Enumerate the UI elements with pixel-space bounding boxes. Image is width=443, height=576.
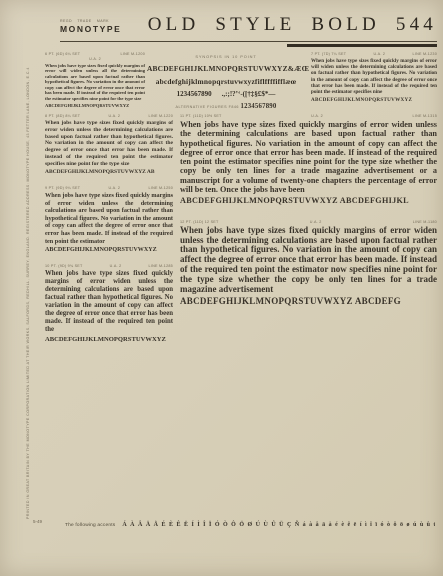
specimen-paragraph: When jobs have type sizes fixed quickly … <box>180 120 437 194</box>
specimen-header: 8 PT. (8D) 8¼ SET U.A. 2 LINE M-1220 <box>45 114 173 118</box>
specimen-header: 11 PT. (11D) 10½ SET U.A. 2 LINE M-1315 <box>180 114 437 118</box>
size-set-label: 11 PT. (11D) 10½ SET <box>180 114 222 118</box>
specimen-page: PRINTED IN GREAT BRITAIN BY THE MONOTYPE… <box>0 0 443 576</box>
specimen-alphabet: ABCDEFGHIJKLMNOPQRSTUVWXYZ <box>45 247 173 253</box>
header-rule-left <box>60 41 437 42</box>
unit-arrangement-label: U.A. 2 <box>110 264 122 268</box>
specimen-alphabet: ABCDEFGHIJKLMNOPQRSTUVWXYZ AB <box>45 169 173 175</box>
specimen-paragraph: When jobs have type sizes fixed quickly … <box>45 270 173 335</box>
size-set-label: 6 PT. (6D) 6¼ SET <box>45 52 80 56</box>
size-set-label: 7 PT. (7D) 7¼ SET <box>311 52 346 56</box>
left-column: 8 PT. (8D) 8¼ SET U.A. 2 LINE M-1220 Whe… <box>45 114 173 343</box>
unit-arrangement-label: U.A. 2 <box>373 52 385 56</box>
specimen-paragraph: When jobs have type sizes fixed quickly … <box>180 226 437 295</box>
specimen-content: 6 PT. (6D) 6¼ SET U.A. 2 LINE M-1200 Whe… <box>45 52 437 343</box>
trademark-note: REGD TRADE MARK <box>60 19 121 23</box>
size-set-label: 12 PT. (11D) 12 SET <box>180 220 219 224</box>
specimen-header: 6 PT. (6D) 6¼ SET U.A. 2 LINE M-1200 <box>45 52 145 61</box>
specimen-block-10pt: 10 PT. (9D) 9¾ SET U.A. 2 LINE M-1285 Wh… <box>45 264 173 343</box>
top-row: 6 PT. (6D) 6¼ SET U.A. 2 LINE M-1200 Whe… <box>45 52 437 110</box>
synopsis-punctuation: .,:;!?’‘-([†‡§£$*— <box>222 90 276 98</box>
monotype-wordmark: MONOTYPE <box>60 24 121 34</box>
right-column: 11 PT. (11D) 10½ SET U.A. 2 LINE M-1315 … <box>180 114 437 343</box>
unit-arrangement-label: U.A. 2 <box>108 114 120 118</box>
specimen-block-12pt: 12 PT. (11D) 12 SET U.A. 2 LINE M-1180 W… <box>180 220 437 306</box>
specimen-alphabet: ABCDEFGHIJKLMNOPQRSTUVWXYZ <box>311 97 437 103</box>
unit-arrangement-label: U.A. 2 <box>108 186 120 190</box>
alternative-figures-row: ALTERNATIVE FIGURES F846 1234567890 <box>147 103 305 110</box>
specimen-block-8pt: 8 PT. (8D) 8¼ SET U.A. 2 LINE M-1220 Whe… <box>45 114 173 175</box>
size-set-label: 9 PT. (9D) 9¼ SET <box>45 186 80 190</box>
matrix-line-label: LINE M-1250 <box>149 186 173 190</box>
specimen-header: 9 PT. (9D) 9¼ SET U.A. 2 LINE M-1250 <box>45 186 173 190</box>
footer-accent-glyphs: Á À Â Ä Å É È Ê Ë Í Ì Î Ï Ó Ò Ô Ö Ø Ú Ù … <box>119 522 435 528</box>
specimen-alphabet: ABCDEFGHIJKLMNOPQRSTUVWXYZ ABCDEFGHIJKL <box>180 196 437 205</box>
synopsis-block: SYNOPSIS IN 10 POINT ABCDEFGHIJKLMNOPQRS… <box>147 52 305 110</box>
synopsis-heading: SYNOPSIS IN 10 POINT <box>147 54 305 59</box>
masthead: REGD TRADE MARK MONOTYPE OLD STYLE BOLD … <box>60 15 437 34</box>
page-title: OLD STYLE BOLD 544 <box>148 15 437 34</box>
specimen-header: 10 PT. (9D) 9¾ SET U.A. 2 LINE M-1285 <box>45 264 173 268</box>
matrix-line-label: LINE M-1220 <box>149 114 173 118</box>
page-code: 5-49 <box>33 519 42 524</box>
size-set-label: 8 PT. (8D) 8¼ SET <box>45 114 80 118</box>
synopsis-figures-row: 1234567890.,:;!?’‘-([†‡§£$*— <box>147 90 305 98</box>
synopsis-figures: 1234567890 <box>177 90 212 98</box>
specimen-block-6pt: 6 PT. (6D) 6¼ SET U.A. 2 LINE M-1200 Whe… <box>45 52 145 108</box>
footer-prefix: The following accents <box>65 523 115 528</box>
header-rule-right <box>287 44 437 47</box>
specimen-paragraph: When jobs have type sizes fixed quickly … <box>311 58 437 95</box>
specimen-header: 7 PT. (7D) 7¼ SET U.A. 2 LINE M-1230 <box>311 52 437 56</box>
matrix-line-label: LINE M-1200 <box>121 52 145 56</box>
specimen-paragraph: When jobs have type sizes fixed quickly … <box>45 120 173 168</box>
printer-imprint-vertical: PRINTED IN GREAT BRITAIN BY THE MONOTYPE… <box>26 67 30 519</box>
specimen-paragraph: When jobs have type sizes fixed quickly … <box>45 63 145 102</box>
alternative-figures: 1234567890 <box>241 103 277 110</box>
specimen-block-11pt: 11 PT. (11D) 10½ SET U.A. 2 LINE M-1315 … <box>180 114 437 205</box>
accents-footer: The following accents Á À Â Ä Å É È Ê Ë … <box>65 513 435 531</box>
specimen-block-7pt: 7 PT. (7D) 7¼ SET U.A. 2 LINE M-1230 Whe… <box>311 52 437 103</box>
specimen-paragraph: When jobs have type sizes fixed quickly … <box>45 192 173 245</box>
matrix-line-label: LINE M-1180 <box>413 220 437 224</box>
unit-arrangement-label: U.A. 2 <box>310 220 322 224</box>
size-set-label: 10 PT. (9D) 9¾ SET <box>45 264 83 268</box>
specimen-header: 12 PT. (11D) 12 SET U.A. 2 LINE M-1180 <box>180 220 437 224</box>
specimen-block-9pt: 9 PT. (9D) 9¼ SET U.A. 2 LINE M-1250 Whe… <box>45 186 173 253</box>
matrix-line-label: LINE M-1230 <box>413 52 437 56</box>
unit-arrangement-label: U.A. 2 <box>311 114 323 118</box>
alternative-figures-label: ALTERNATIVE FIGURES F846 <box>175 105 239 109</box>
synopsis-lowercase: abcdefghijklmnopqrstuvwxyzfiflffffifflæœ <box>147 77 305 86</box>
specimen-alphabet: ABCDEFGHIJKLMNOPQRSTUVWXYZ <box>45 336 173 343</box>
brand-block: REGD TRADE MARK MONOTYPE <box>60 19 121 34</box>
synopsis-uppercase: ABCDEFGHIJKLMNOPQRSTUVWXYZ&ÆŒ <box>147 64 305 73</box>
unit-arrangement-label: U.A. 2 <box>45 57 145 61</box>
main-row: 8 PT. (8D) 8¼ SET U.A. 2 LINE M-1220 Whe… <box>45 114 437 343</box>
matrix-line-label: LINE M-1315 <box>413 114 437 118</box>
specimen-alphabet: ABCDEFGHIJKLMNOPQRSTUVWXYZ ABCDEFG <box>180 296 437 306</box>
matrix-line-label: LINE M-1285 <box>149 264 173 268</box>
specimen-alphabet: ABCDEFGHIJKLMNOPQRSTUVWXYZ <box>45 103 145 108</box>
